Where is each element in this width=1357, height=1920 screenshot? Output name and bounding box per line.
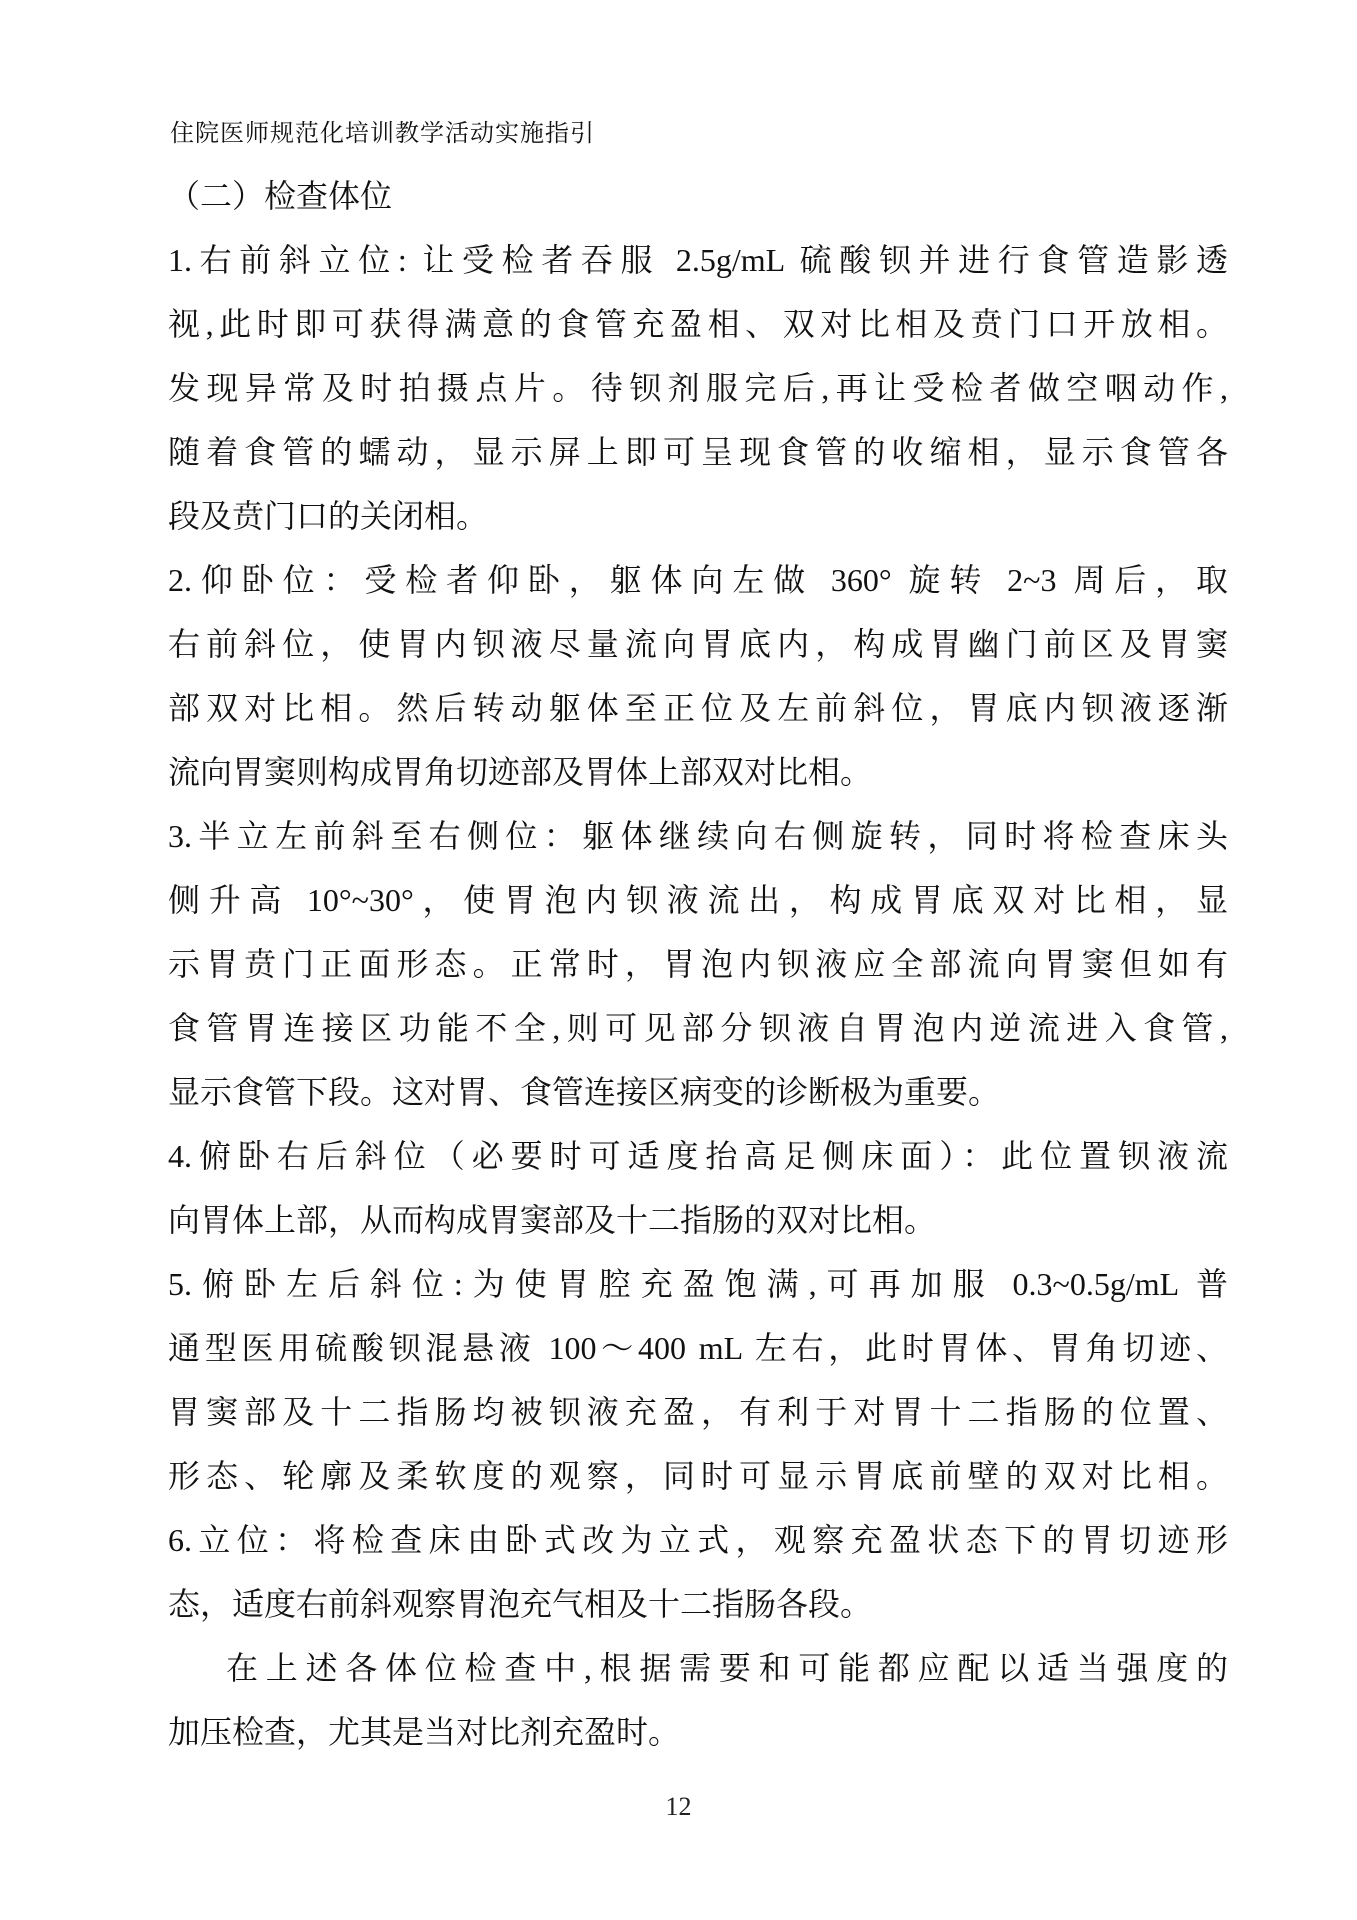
text-line: 流向胃窦则构成胃角切迹部及胃体上部双对比相。 — [168, 740, 1228, 804]
text-line: 1.右前斜立位: 让受检者吞服 2.5g/mL 硫酸钡并进行食管造影透 — [168, 228, 1228, 292]
text-line: 向胃体上部，从而构成胃窦部及十二指肠的双对比相。 — [168, 1188, 1228, 1252]
text-line: 胃窦部及十二指肠均被钡液充盈，有利于对胃十二指肠的位置、 — [168, 1380, 1228, 1444]
text-line: 5.俯卧左后斜位:为使胃腔充盈饱满,可再加服 0.3~0.5g/mL 普 — [168, 1252, 1228, 1316]
text-line: 食管胃连接区功能不全,则可见部分钡液自胃泡内逆流进入食管, — [168, 996, 1228, 1060]
text-line: 发现异常及时拍摄点片。待钡剂服完后,再让受检者做空咽动作, — [168, 356, 1228, 420]
text-line: 3.半立左前斜至右侧位：躯体继续向右侧旋转，同时将检查床头 — [168, 804, 1228, 868]
text-line: 显示食管下段。这对胃、食管连接区病变的诊断极为重要。 — [168, 1060, 1228, 1124]
text-line: 示胃贲门正面形态。正常时，胃泡内钡液应全部流向胃窦但如有 — [168, 932, 1228, 996]
text-line: 形态、轮廓及柔软度的观察，同时可显示胃底前壁的双对比相。 — [168, 1444, 1228, 1508]
text-line: 侧升高 10°~30°，使胃泡内钡液流出，构成胃底双对比相，显 — [168, 868, 1228, 932]
document-page: 住院医师规范化培训教学活动实施指引 （二）检查体位1.右前斜立位: 让受检者吞服… — [0, 0, 1357, 1920]
text-line: 右前斜位，使胃内钡液尽量流向胃底内，构成胃幽门前区及胃窦 — [168, 612, 1228, 676]
text-line: （二）检查体位 — [168, 164, 1228, 228]
running-header: 住院医师规范化培训教学活动实施指引 — [170, 118, 595, 150]
text-line: 2.仰卧位：受检者仰卧，躯体向左做 360° 旋转 2~3 周后，取 — [168, 548, 1228, 612]
text-line: 段及贲门口的关闭相。 — [168, 484, 1228, 548]
text-line: 随着食管的蠕动，显示屏上即可呈现食管的收缩相，显示食管各 — [168, 420, 1228, 484]
text-line: 4.俯卧右后斜位（必要时可适度抬高足侧床面）：此位置钡液流 — [168, 1124, 1228, 1188]
text-line: 部双对比相。然后转动躯体至正位及左前斜位，胃底内钡液逐渐 — [168, 676, 1228, 740]
page-number: 12 — [0, 1792, 1357, 1822]
text-line: 加压检查，尤其是当对比剂充盈时。 — [168, 1700, 1228, 1764]
text-line: 在上述各体位检查中,根据需要和可能都应配以适当强度的 — [168, 1636, 1228, 1700]
text-line: 视,此时即可获得满意的食管充盈相、双对比相及贲门口开放相。 — [168, 292, 1228, 356]
document-lines: （二）检查体位1.右前斜立位: 让受检者吞服 2.5g/mL 硫酸钡并进行食管造… — [168, 164, 1228, 1764]
text-line: 6.立位：将检查床由卧式改为立式，观察充盈状态下的胃切迹形 — [168, 1508, 1228, 1572]
text-line: 通型医用硫酸钡混悬液 100～400 mL 左右，此时胃体、胃角切迹、 — [168, 1316, 1228, 1380]
text-line: 态，适度右前斜观察胃泡充气相及十二指肠各段。 — [168, 1572, 1228, 1636]
